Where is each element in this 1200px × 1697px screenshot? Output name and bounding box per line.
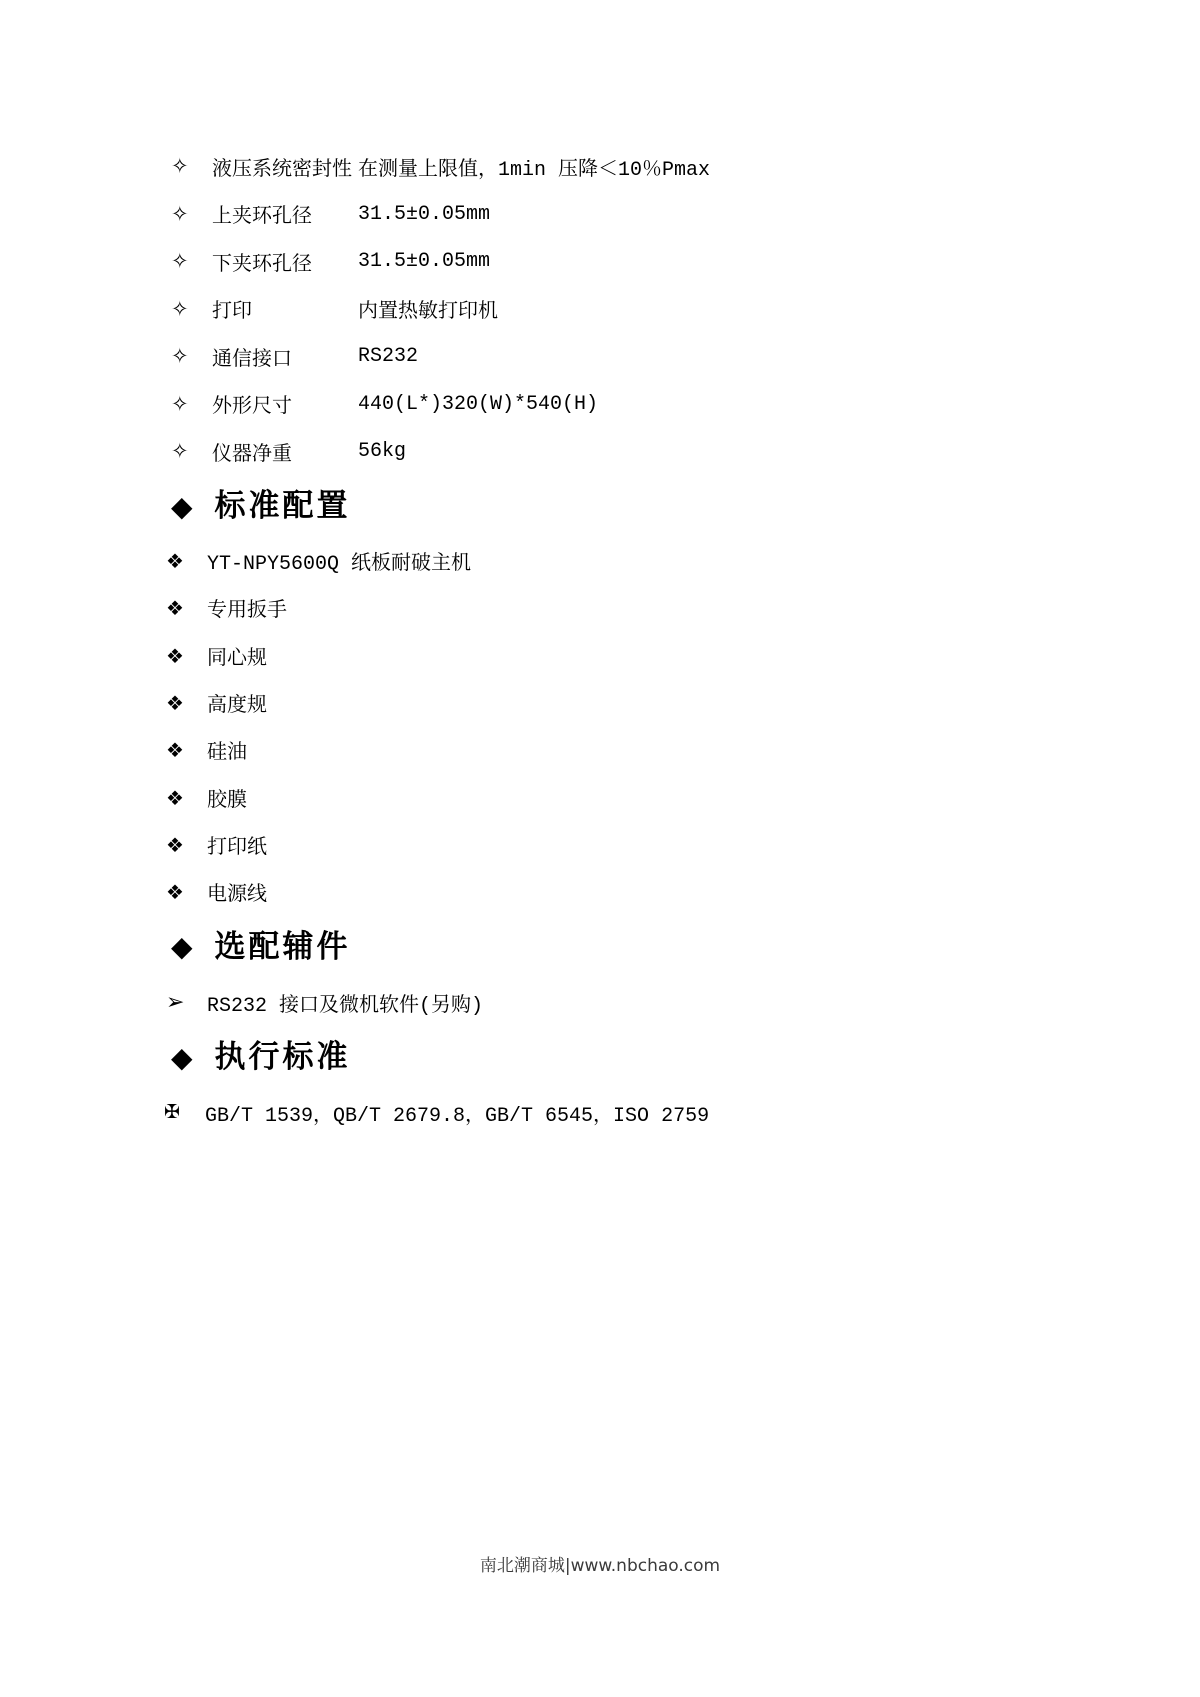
white-four-pointed-star-icon: ✧	[171, 156, 212, 177]
list-item-text: RS232 接口及微机软件(另购)	[207, 988, 483, 1018]
four-diamond-bullet-icon: ❖	[166, 693, 207, 713]
list-item: ❖ 高度规	[171, 679, 1145, 726]
spec-row: ✧ 仪器净重 56kg	[171, 428, 1145, 476]
spec-label: 下夹环孔径	[212, 247, 358, 277]
spec-label: 打印	[212, 294, 358, 324]
spec-row: ✧ 外形尺寸 440(L*)320(W)*540(H)	[171, 381, 1145, 429]
black-diamond-icon: ◆	[171, 933, 193, 961]
arrowhead-bullet-icon: ➢	[166, 992, 207, 1014]
spec-value: 440(L*)320(W)*540(H)	[358, 393, 598, 416]
four-diamond-bullet-icon: ❖	[166, 788, 207, 808]
list-item-text: 硅油	[207, 735, 247, 765]
four-diamond-bullet-icon: ❖	[166, 646, 207, 666]
maltese-cross-bullet-icon: ✠	[164, 1103, 205, 1122]
black-diamond-icon: ◆	[171, 1044, 193, 1072]
white-four-pointed-star-icon: ✧	[171, 299, 212, 320]
white-four-pointed-star-icon: ✧	[171, 346, 212, 367]
list-item-text: 同心规	[207, 641, 267, 671]
spec-row: ✧ 通信接口 RS232	[171, 333, 1145, 381]
spec-value: 内置热敏打印机	[358, 294, 498, 324]
list-item-text: 电源线	[207, 877, 267, 907]
list-item: ➢ RS232 接口及微机软件(另购)	[171, 979, 1145, 1026]
four-diamond-bullet-icon: ❖	[166, 598, 207, 618]
section-header-standards: ◆ 执行标准	[171, 1026, 1145, 1089]
white-four-pointed-star-icon: ✧	[171, 394, 212, 415]
section-header-standard-config: ◆ 标准配置	[171, 476, 1145, 538]
section-title: 标准配置	[215, 491, 351, 522]
list-item: ❖ 硅油	[171, 727, 1145, 774]
list-item-text: 打印纸	[207, 830, 267, 860]
spec-row: ✧ 打印 内置热敏打印机	[171, 286, 1145, 334]
spec-value: 31.5±0.05mm	[358, 250, 490, 273]
four-diamond-bullet-icon: ❖	[166, 740, 207, 760]
list-item-text: GB/T 1539，QB/T 2679.8，GB/T 6545，ISO 2759	[205, 1098, 709, 1128]
list-item-text: 专用扳手	[207, 593, 287, 623]
list-item: ❖ 电源线	[171, 869, 1145, 916]
four-diamond-bullet-icon: ❖	[166, 551, 207, 571]
spec-label: 仪器净重	[212, 437, 358, 467]
section-title: 执行标准	[215, 1042, 351, 1073]
spec-row: ✧ 下夹环孔径 31.5±0.05mm	[171, 238, 1145, 286]
four-diamond-bullet-icon: ❖	[166, 835, 207, 855]
list-item: ❖ 打印纸	[171, 821, 1145, 868]
list-item: ❖ 专用扳手	[171, 585, 1145, 632]
spec-value: 在测量上限值，1min 压降＜10％Pmax	[358, 152, 710, 182]
footer-watermark-text: 南北潮商城|www.nbchao.com	[480, 1556, 720, 1576]
spec-row: ✧ 上夹环孔径 31.5±0.05mm	[171, 191, 1145, 239]
document-page: ✧ 液压系统密封性 在测量上限值，1min 压降＜10％Pmax ✧ 上夹环孔径…	[0, 0, 1200, 1697]
list-item-text: 胶膜	[207, 783, 247, 813]
list-item: ❖ 胶膜	[171, 774, 1145, 821]
section-title: 选配辅件	[215, 932, 351, 963]
spec-row: ✧ 液压系统密封性 在测量上限值，1min 压降＜10％Pmax	[171, 143, 1145, 191]
spec-label: 上夹环孔径	[212, 199, 358, 229]
list-item-text: 高度规	[207, 688, 267, 718]
spec-label: 液压系统密封性	[212, 152, 358, 182]
section-header-optional-accessories: ◆ 选配辅件	[171, 916, 1145, 979]
spec-label: 通信接口	[212, 342, 358, 372]
list-item-text: YT-NPY5600Q 纸板耐破主机	[207, 546, 471, 576]
spec-value: RS232	[358, 345, 418, 368]
spec-label: 外形尺寸	[212, 389, 358, 419]
list-item: ❖ YT-NPY5600Q 纸板耐破主机	[171, 538, 1145, 585]
four-diamond-bullet-icon: ❖	[166, 882, 207, 902]
white-four-pointed-star-icon: ✧	[171, 204, 212, 225]
list-item: ✠ GB/T 1539，QB/T 2679.8，GB/T 6545，ISO 27…	[171, 1089, 1145, 1136]
footer: 南北潮商城|www.nbchao.com	[0, 1551, 1200, 1576]
black-diamond-icon: ◆	[171, 493, 193, 521]
white-four-pointed-star-icon: ✧	[171, 441, 212, 462]
page-content: ✧ 液压系统密封性 在测量上限值，1min 压降＜10％Pmax ✧ 上夹环孔径…	[171, 143, 1145, 1136]
white-four-pointed-star-icon: ✧	[171, 251, 212, 272]
spec-value: 56kg	[358, 440, 406, 463]
spec-value: 31.5±0.05mm	[358, 203, 490, 226]
list-item: ❖ 同心规	[171, 632, 1145, 679]
